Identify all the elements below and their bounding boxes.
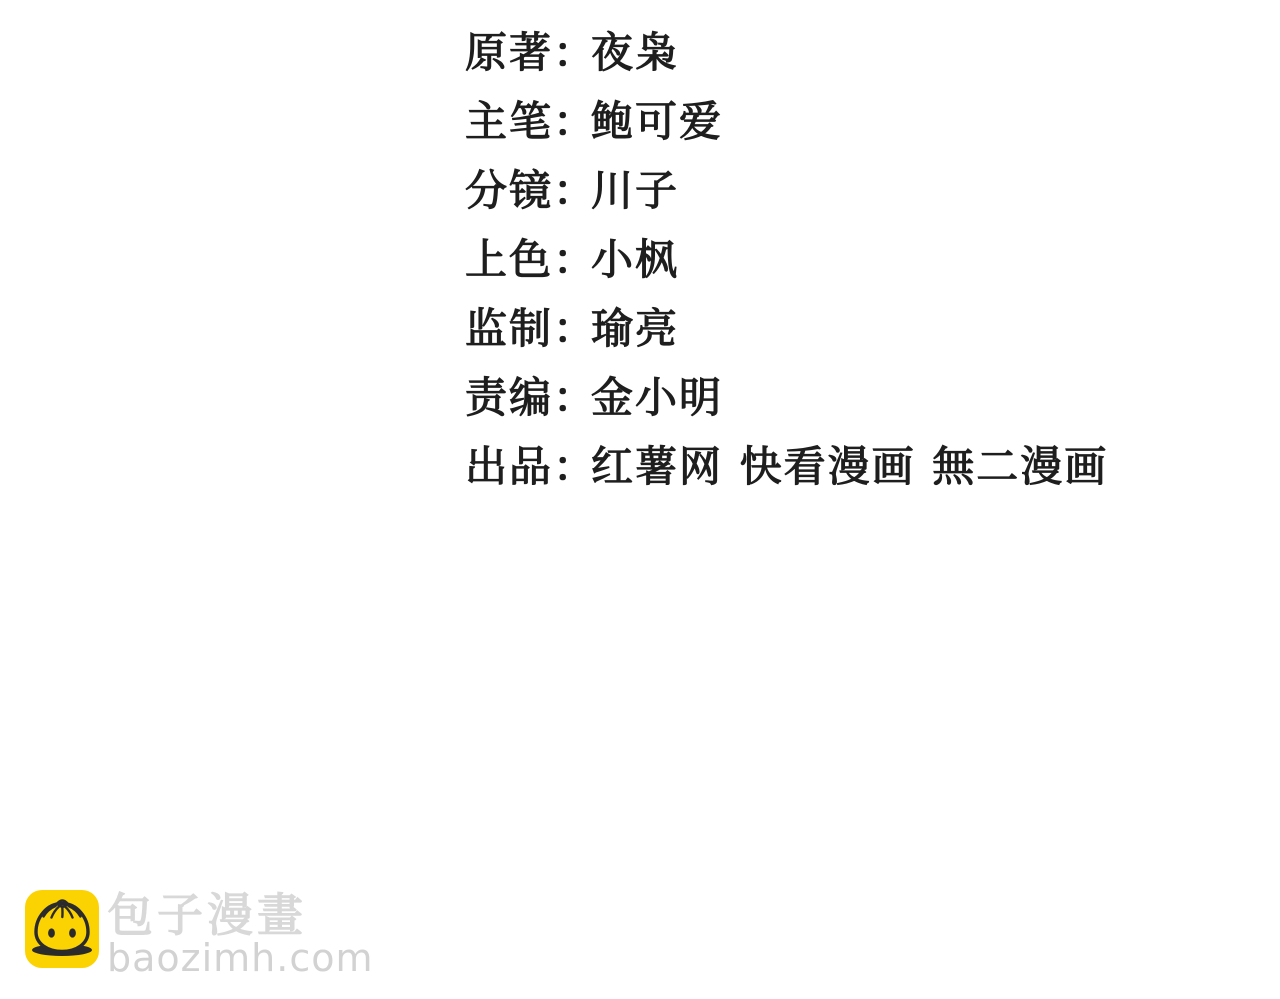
- credit-value: 鲍可爱: [591, 87, 723, 156]
- credit-label: 原著：: [465, 18, 591, 87]
- credit-value: 小枫: [591, 225, 679, 294]
- credit-row-coloring: 上色： 小枫: [465, 225, 1108, 294]
- credit-label: 监制：: [465, 294, 591, 363]
- credit-row-editor: 责编： 金小明: [465, 363, 1108, 432]
- credit-row-lead-artist: 主笔： 鲍可爱: [465, 87, 1108, 156]
- baozimh-watermark: 包子漫畫 baozimh.com: [25, 890, 374, 978]
- credit-row-production: 出品： 红薯网 快看漫画 無二漫画: [465, 432, 1108, 501]
- credit-value: 川子: [591, 156, 679, 225]
- credit-value: 瑜亮: [591, 294, 679, 363]
- credit-value: 红薯网 快看漫画 無二漫画: [591, 432, 1108, 501]
- credit-row-storyboard: 分镜： 川子: [465, 156, 1108, 225]
- watermark-text: 包子漫畫 baozimh.com: [107, 890, 374, 978]
- credit-value: 夜枭: [591, 18, 679, 87]
- credit-value: 金小明: [591, 363, 723, 432]
- credits-block: 原著： 夜枭 主笔： 鲍可爱 分镜： 川子 上色： 小枫 监制： 瑜亮 责编： …: [465, 18, 1108, 501]
- baozi-bun-icon: [25, 890, 99, 968]
- credit-row-supervisor: 监制： 瑜亮: [465, 294, 1108, 363]
- credit-label: 分镜：: [465, 156, 591, 225]
- credit-label: 责编：: [465, 363, 591, 432]
- credit-label: 主笔：: [465, 87, 591, 156]
- credit-label: 出品：: [465, 432, 591, 501]
- comic-credits-page: { "page": { "background_color": "#ffffff…: [0, 0, 1280, 999]
- watermark-site-url: baozimh.com: [107, 938, 374, 978]
- credit-label: 上色：: [465, 225, 591, 294]
- credit-row-original-author: 原著： 夜枭: [465, 18, 1108, 87]
- watermark-site-name: 包子漫畫: [107, 890, 374, 940]
